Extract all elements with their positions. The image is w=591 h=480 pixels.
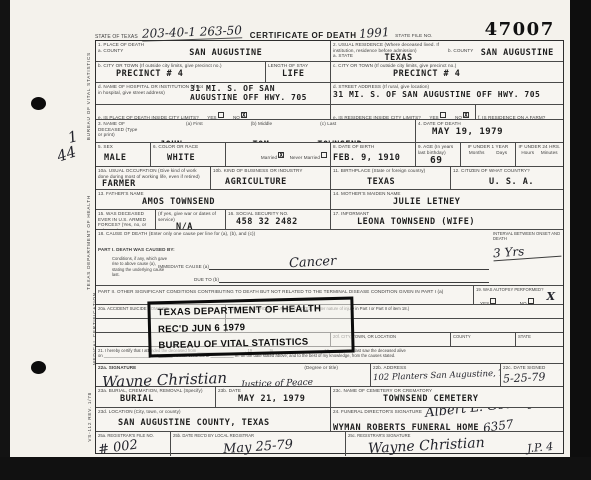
residence-state-label: a. STATE [333, 53, 353, 61]
degree-label: (Degree or title) [304, 365, 338, 371]
race-value: WHITE [167, 153, 223, 163]
autopsy-no-handwritten-x: X [546, 290, 555, 303]
birthplace-value: TEXAS [367, 177, 448, 187]
industry-value: AGRICULTURE [225, 177, 328, 187]
stamp-line-1: TEXAS DEPARTMENT OF HEALTH [157, 303, 343, 319]
certificate-title: CERTIFICATE OF DEATH [250, 31, 357, 40]
field-cemetery: 23c. NAME OF CEMETERY OR CREMATORY TOWNS… [331, 387, 563, 407]
residence-city-value: PRECINCT # 4 [393, 69, 561, 79]
field-if-under-1-year: IF UNDER 1 YEAR Months Days [461, 143, 516, 166]
field-registrar-signature: 25c. REGISTRAR'S SIGNATURE Wayne Christi… [346, 432, 563, 456]
field-occupation: 10a. USUAL OCCUPATION (Give kind of work… [96, 167, 211, 189]
race-label: 6. COLOR OR RACE [153, 144, 223, 150]
row-burial: 23a. BURIAL, CREMATION, REMOVAL (Specify… [96, 387, 563, 408]
field-residence-city: c. CITY OR TOWN (If outside city limits,… [331, 62, 563, 82]
field-informant: 17. INFORMANT LEONA TOWNSEND (WIFE) [331, 210, 563, 229]
field-injury-state: STATE [516, 333, 563, 346]
field-father-name: 13. FATHER'S NAME AMOS TOWNSEND [96, 190, 331, 209]
part1-label: PART I. DEATH WAS CAUSED BY: [98, 247, 175, 252]
field-residence-state: 2. USUAL RESIDENCE (Where deceased lived… [331, 41, 446, 61]
citizen-label: 12. CITIZEN OF WHAT COUNTRY? [453, 168, 561, 174]
registrar-jp-handwritten: J.P. 4 [526, 440, 553, 455]
burial-type-value: BURIAL [120, 394, 213, 404]
field-if-under-24-hrs: IF UNDER 24 HRS. Hours Minutes [516, 143, 563, 166]
field-burial-location: 23d. LOCATION (City, town, or county) SA… [96, 408, 331, 431]
days-label: Days [496, 150, 507, 156]
dob-label: 8. DATE OF BIRTH [333, 144, 413, 150]
street-address-value: 31 MI. S. OF SAN AUGUSTINE OFF HWY. 705 [333, 90, 561, 99]
married-checkbox: X [278, 152, 284, 158]
date-of-death-value: MAY 19, 1979 [432, 127, 561, 137]
yes-label: YES [480, 301, 489, 304]
no-label: NO [520, 301, 527, 304]
sidebar-form-number: VS-112 REV. 1/78 [87, 392, 92, 442]
field-burial-type: 23a. BURIAL, CREMATION, REMOVAL (Specify… [96, 387, 216, 407]
field-race: 6. COLOR OR RACE WHITE [151, 143, 226, 166]
registrar-signature-handwritten: Wayne Christian [368, 435, 485, 456]
residence-county-value: SAN AUGUSTINE [481, 48, 554, 58]
field-citizen: 12. CITIZEN OF WHAT COUNTRY? U. S. A. [451, 167, 563, 189]
place-city-value: PRECINCT # 4 [116, 69, 263, 79]
field-street-address: d. STREET ADDRESS (If rural, give locati… [331, 83, 563, 104]
county-label: a. COUNTY [98, 48, 123, 58]
length-of-stay-value: LIFE [282, 69, 328, 79]
cemetery-value: TOWNSEND CEMETERY [383, 394, 561, 404]
death-limits-yes-checkbox [218, 112, 224, 118]
field-death-inside-limits: e. IS PLACE OF DEATH INSIDE CITY LIMITS?… [96, 105, 331, 119]
occupation-value: FARMER [102, 179, 208, 189]
handwritten-file-codes: 203-40-1 263-50 [142, 23, 242, 41]
cause-section-label: 18. CAUSE OF DEATH (Enter only one cause… [98, 231, 489, 237]
signature-label: 22a. SIGNATURE [98, 365, 136, 371]
no-label: NO [455, 115, 462, 119]
row-personal: 5. SEX MALE 6. COLOR OR RACE WHITE Marri… [96, 143, 563, 167]
sidebar-bureau-label: BUREAU OF VITAL STATISTICS [86, 52, 91, 140]
first-name-value: JOHN [160, 140, 182, 143]
informant-value: LEONA TOWNSEND (WIFE) [357, 217, 561, 227]
death-limits-no-checkbox: X [241, 112, 247, 118]
state-file-number: 47007 [485, 19, 555, 40]
burial-date-value: MAY 21, 1979 [238, 394, 328, 404]
industry-label: 10b. KIND OF BUSINESS OR INDUSTRY [213, 168, 328, 174]
certificate-form: 1. PLACE OF DEATH a. COUNTY SAN AUGUSTIN… [95, 40, 564, 454]
row-cause-of-death: 18. CAUSE OF DEATH (Enter only one cause… [96, 230, 563, 286]
field-deceased-name: 3. NAME OF DECEASED (Type or print) (a) … [96, 120, 416, 142]
never-married-checkbox [321, 152, 327, 158]
signature-handwritten: Wayne Christian [102, 368, 228, 386]
part2-label: PART II. OTHER SIGNIFICANT CONDITIONS CO… [98, 289, 471, 295]
scan-black-edge-right [570, 0, 591, 480]
field-cause-of-death: 18. CAUSE OF DEATH (Enter only one cause… [96, 230, 491, 285]
field-injury-county: COUNTY [451, 333, 516, 346]
degree-handwritten: Justice of Peace [241, 377, 313, 386]
field-armed-forces: 15. WAS DECEASED EVER IN U.S. ARMED FORC… [96, 210, 156, 229]
immediate-cause-value-handwritten: Cancer [289, 253, 337, 270]
row-occupation: 10a. USUAL OCCUPATION (Give kind of work… [96, 167, 563, 190]
field-industry: 10b. KIND OF BUSINESS OR INDUSTRY AGRICU… [211, 167, 331, 189]
sex-value: MALE [104, 153, 148, 163]
birthplace-label: 11. BIRTHPLACE (State or foreign country… [333, 168, 448, 174]
due-to-b-label: DUE TO (b) [194, 277, 219, 283]
field-ssn: 16. SOCIAL SECURITY NO. 458 32 2482 [226, 210, 331, 229]
field-war-dates: (If yes, give war or dates of service) N… [156, 210, 226, 229]
sex-label: 5. SEX [98, 144, 148, 150]
scan-black-edge-bottom [0, 457, 591, 480]
age-value: 69 [430, 155, 458, 166]
field-birthplace: 11. BIRTHPLACE (State or foreign country… [331, 167, 451, 189]
death-limits-label: e. IS PLACE OF DEATH INSIDE CITY LIMITS? [98, 115, 199, 119]
row-city-limits: e. IS PLACE OF DEATH INSIDE CITY LIMITS?… [96, 105, 563, 120]
institution-value: 31 MI. S. OF SAN AUGUSTINE OFF HWY. 705 [190, 84, 328, 102]
certificate-paper: 1 44 BUREAU OF VITAL STATISTICS TEXAS DE… [10, 0, 570, 458]
residence-limits-yes-checkbox [440, 112, 446, 118]
interval-label: INTERVAL BETWEEN ONSET AND DEATH [493, 231, 561, 242]
row-registrar: 25a. REGISTRAR'S FILE NO. # 002 25b. DAT… [96, 432, 563, 456]
field-place-of-death-county: 1. PLACE OF DEATH a. COUNTY SAN AUGUSTIN… [96, 41, 331, 61]
field-funeral-director: 24. FUNERAL DIRECTOR'S SIGNATURE Albert … [331, 408, 563, 431]
first-name-label: (a) First [186, 121, 203, 138]
funeral-home-value: WYMAN ROBERTS FUNERAL HOME [333, 423, 479, 432]
stamp-line-3: BUREAU OF VITAL STATISTICS [158, 336, 344, 352]
conditions-note: Conditions, if any, which gave rise to a… [112, 256, 168, 277]
field-burial-date: 23b. DATE MAY 21, 1979 [216, 387, 331, 407]
residence-county-label: b. COUNTY [448, 48, 473, 58]
field-institution: d. NAME OF HOSPITAL OR INSTITUTION (If n… [96, 83, 331, 104]
age-label: 9. AGE (In years last birthday) [418, 144, 458, 155]
row-name-dod: 3. NAME OF DECEASED (Type or print) (a) … [96, 120, 563, 143]
field-residence-on-farm: f. IS RESIDENCE ON A FARM? YES NOX [476, 105, 563, 119]
received-stamp: TEXAS DEPARTMENT OF HEALTH REC'D JUN 6 1… [147, 296, 354, 357]
stamp-line-2: REC'D JUN 6 1979 [158, 319, 344, 335]
place-county-value: SAN AUGUSTINE [189, 48, 262, 58]
field-mother-name: 14. MOTHER'S MAIDEN NAME JULIE LETNEY [331, 190, 563, 209]
months-label: Months [469, 150, 485, 156]
date-signed-handwritten: 5-25-79 [503, 369, 562, 385]
middle-name-value: TOM [252, 140, 269, 143]
row-location-director: 23d. LOCATION (City, town, or county) SA… [96, 408, 563, 432]
occupation-label: 10a. USUAL OCCUPATION (Give kind of work… [98, 168, 208, 179]
hours-label: Hours [521, 150, 534, 156]
punch-hole-bottom [31, 361, 46, 374]
sidebar-dept-label: TEXAS DEPARTMENT OF HEALTH [86, 195, 91, 290]
row-signature: 22a. SIGNATURE (Degree or title) Wayne C… [96, 364, 563, 387]
row-parents: 13. FATHER'S NAME AMOS TOWNSEND 14. MOTH… [96, 190, 563, 210]
injury-state-label: STATE [518, 334, 561, 339]
armed-forces-label: 15. WAS DECEASED EVER IN U.S. ARMED FORC… [98, 211, 153, 229]
field-date-of-death: 4. DATE OF DEATH MAY 19, 1979 [416, 120, 563, 142]
funeral-home-number-handwritten: 6357 [482, 416, 514, 431]
never-married-label: Never Married [290, 155, 320, 160]
punch-hole-top [31, 97, 46, 110]
burial-location-value: SAN AUGUSTINE COUNTY, TEXAS [118, 418, 328, 428]
residence-limits-no-checkbox: X [463, 112, 469, 118]
field-place-city: b. CITY OR TOWN (If outside city limits,… [96, 62, 266, 82]
yes-label: YES [429, 115, 438, 119]
burial-location-label: 23d. LOCATION (City, town, or county) [98, 409, 328, 415]
residence-section-label: 2. USUAL RESIDENCE (Where deceased lived… [333, 42, 444, 53]
citizen-value: U. S. A. [489, 177, 561, 187]
margin-handwritten-mark-2: 44 [55, 142, 79, 165]
row-city-town: b. CITY OR TOWN (If outside city limits,… [96, 62, 563, 83]
last-name-label: (c) Last [320, 121, 336, 138]
institution-label: d. NAME OF HOSPITAL OR INSTITUTION (If n… [98, 84, 208, 95]
residence-limits-label: e. IS RESIDENCE INSIDE CITY LIMITS? [333, 115, 421, 119]
field-registrar-date: 25b. DATE REC'D BY LOCAL REGISTRAR May 2… [171, 432, 346, 456]
dob-value: FEB. 9, 1910 [333, 153, 413, 163]
field-signer-address: 22b. ADDRESS 102 Planters San Augustine,… [371, 364, 501, 386]
injury-county-label: COUNTY [453, 334, 513, 339]
war-dates-value: N/A [176, 222, 223, 229]
field-signature: 22a. SIGNATURE (Degree or title) Wayne C… [96, 364, 371, 386]
field-date-of-birth: 8. DATE OF BIRTH FEB. 9, 1910 [331, 143, 416, 166]
residence-state-value: TEXAS [384, 53, 412, 61]
no-label: NO [233, 115, 240, 119]
war-dates-label: (If yes, give war or dates of service) [158, 211, 223, 222]
field-age: 9. AGE (In years last birthday) 69 [416, 143, 461, 166]
field-interval: INTERVAL BETWEEN ONSET AND DEATH 3 Yrs [491, 230, 563, 285]
father-value: AMOS TOWNSEND [142, 197, 328, 207]
interval-value-handwritten: 3 Yrs [493, 241, 562, 261]
field-autopsy: 19. WAS AUTOPSY PERFORMED? YES NO X [474, 286, 563, 304]
handwritten-year: 1991 [358, 25, 389, 41]
field-marital-status: MarriedX Never Married Widowed Divorced [226, 143, 331, 166]
due-to-b-blank [219, 275, 489, 283]
row-institution-street: d. NAME OF HOSPITAL OR INSTITUTION (If n… [96, 83, 563, 105]
field-date-signed: 22c. DATE SIGNED 5-25-79 [501, 364, 563, 386]
last-name-value: TOWNSEND [317, 140, 362, 143]
ssn-value: 458 32 2482 [236, 217, 328, 227]
field-registrar-file-no: 25a. REGISTRAR'S FILE NO. # 002 [96, 432, 171, 456]
autopsy-yes-checkbox [490, 298, 496, 304]
certificate-header: STATE OF TEXAS 203-40-1 263-50 CERTIFICA… [95, 18, 565, 40]
minutes-label: Minutes [541, 150, 558, 156]
field-length-of-stay: LENGTH OF STAY LIFE [266, 62, 331, 82]
autopsy-no-checkbox [528, 298, 534, 304]
yes-label: YES [207, 115, 216, 119]
row-service-ssn: 15. WAS DECEASED EVER IN U.S. ARMED FORC… [96, 210, 563, 230]
farm-label: f. IS RESIDENCE ON A FARM? [478, 115, 545, 119]
field-sex: 5. SEX MALE [96, 143, 151, 166]
field-residence-inside-limits: e. IS RESIDENCE INSIDE CITY LIMITS? YES … [331, 105, 476, 119]
mother-value: JULIE LETNEY [393, 197, 561, 207]
married-label: Married [261, 155, 277, 160]
name-section-label: 3. NAME OF DECEASED (Type or print) [98, 121, 138, 138]
field-residence-county: b. COUNTY SAN AUGUSTINE [446, 41, 563, 61]
row-place-residence: 1. PLACE OF DEATH a. COUNTY SAN AUGUSTIN… [96, 41, 563, 62]
burial-type-label: 23a. BURIAL, CREMATION, REMOVAL (Specify… [98, 388, 213, 394]
middle-name-label: (b) Middle [251, 121, 272, 138]
